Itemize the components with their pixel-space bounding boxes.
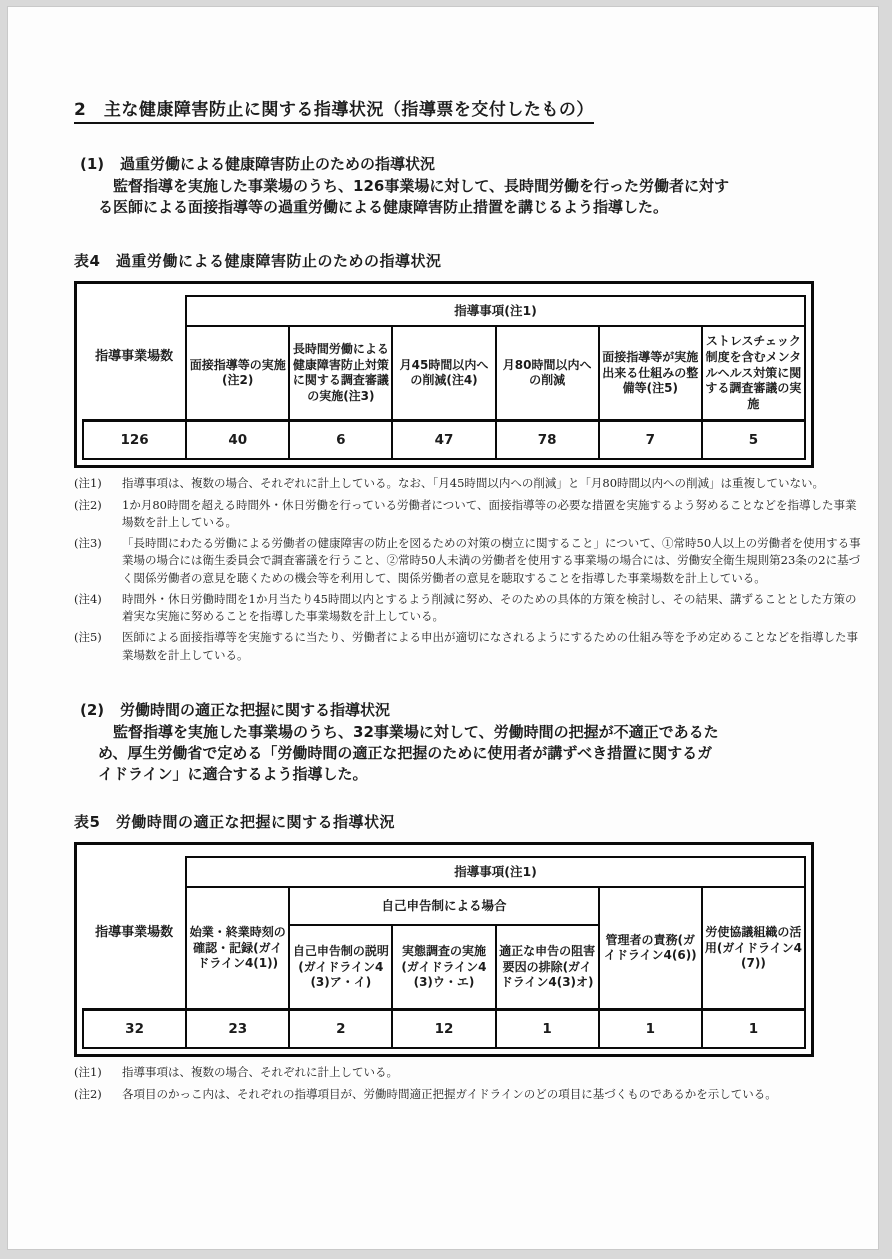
note-text: 「長時間にわたる労働による労働者の健康障害の防止を図るための対策の樹立に関するこ… [122, 535, 866, 587]
section-2-number: (2) [74, 700, 120, 722]
table5-value: 1 [599, 1010, 702, 1049]
document-content: 2 主な健康障害防止に関する指導状況（指導票を交付したもの） (1) 過重労働に… [8, 7, 878, 1103]
table4-group-header: 指導事項(注1) [186, 296, 805, 326]
note-text: 1か月80時間を超える時間外・休日労働を行っている労働者について、面接指導等の必… [122, 497, 866, 532]
table5: 指導事業場数 指導事項(注1) 始業・終業時刻の確認・記録(ガイドライン4(1)… [82, 856, 806, 1049]
table4-col-header: 月45時間以内への削減(注4) [392, 326, 495, 421]
note: (注2) 1か月80時間を超える時間外・休日労働を行っている労働者について、面接… [74, 497, 866, 532]
section-1-heading-row: (1) 過重労働による健康障害防止のための指導状況 [74, 154, 852, 176]
table5-self-report-group-header: 自己申告制による場合 [289, 887, 598, 925]
section-2-body-line: 監督指導を実施した事業場のうち、32事業場に対して、労働時間の把握が不適正である… [98, 722, 774, 743]
table4-value: 6 [289, 421, 392, 460]
table5-data-row: 32 23 2 12 1 1 1 [83, 1010, 805, 1049]
table4-col-header: ストレスチェック制度を含むメンタルヘルス対策に関する調査審議の実施 [702, 326, 805, 421]
note-label: (注2) [74, 1086, 122, 1103]
table4-col-header: 長時間労働による健康障害防止対策に関する調査審議の実施(注3) [289, 326, 392, 421]
table5-value: 12 [392, 1010, 495, 1049]
table4-value: 126 [83, 421, 186, 460]
document-title-text: 2 主な健康障害防止に関する指導状況（指導票を交付したもの） [74, 95, 594, 124]
table4-col-header: 月80時間以内への削減 [496, 326, 599, 421]
table4-value: 78 [496, 421, 599, 460]
table4-col-header: 面接指導等の実施(注2) [186, 326, 289, 421]
table5-group-header-row: 指導事業場数 指導事項(注1) [83, 857, 805, 887]
table5-stub-header: 指導事業場数 [83, 857, 186, 1010]
document-page: 2 主な健康障害防止に関する指導状況（指導票を交付したもの） (1) 過重労働に… [7, 6, 879, 1250]
table5-value: 1 [496, 1010, 599, 1049]
section-2-body: 監督指導を実施した事業場のうち、32事業場に対して、労働時間の把握が不適正である… [98, 722, 774, 786]
table5-notes: (注1) 指導事項は、複数の場合、それぞれに計上している。 (注2) 各項目のか… [74, 1064, 866, 1103]
section-2-heading: 労働時間の適正な把握に関する指導状況 [120, 700, 390, 722]
note-text: 指導事項は、複数の場合、それぞれに計上している。なお、「月45時間以内への削減」… [122, 475, 866, 492]
note-text: 指導事項は、複数の場合、それぞれに計上している。 [122, 1064, 866, 1081]
note: (注3) 「長時間にわたる労働による労働者の健康障害の防止を図るための対策の樹立… [74, 535, 866, 587]
note-text: 医師による面接指導等を実施するに当たり、労働者による申出が適切になされるようにす… [122, 629, 866, 664]
table5-value: 1 [702, 1010, 805, 1049]
table4-value: 7 [599, 421, 702, 460]
table4-col-header: 面接指導等が実施出来る仕組みの整備等(注5) [599, 326, 702, 421]
table5-subgroup-row: 始業・終業時刻の確認・記録(ガイドライン4(1)) 自己申告制による場合 管理者… [83, 887, 805, 925]
table5-caption: 表5 労働時間の適正な把握に関する指導状況 [74, 811, 852, 832]
table5-col-header-survey: 実態調査の実施(ガイドライン4(3)ウ・エ) [392, 925, 495, 1010]
note-label: (注1) [74, 475, 122, 492]
scanned-document-page: { "document": { "title": "2 主な健康障害防止に関する… [0, 0, 892, 1259]
table4-value: 40 [186, 421, 289, 460]
table4-data-row: 126 40 6 47 78 7 5 [83, 421, 805, 460]
section-1: (1) 過重労働による健康障害防止のための指導状況 監督指導を実施した事業場のう… [74, 154, 852, 218]
table4-column-header-row: 面接指導等の実施(注2) 長時間労働による健康障害防止対策に関する調査審議の実施… [83, 326, 805, 421]
table4-caption: 表4 過重労働による健康障害防止のための指導状況 [74, 250, 852, 271]
section-1-body-line: る医師による面接指導等の過重労働による健康障害防止措置を講じるよう指導した。 [98, 197, 774, 218]
table5-frame: 指導事業場数 指導事項(注1) 始業・終業時刻の確認・記録(ガイドライン4(1)… [74, 842, 814, 1057]
section-1-number: (1) [74, 154, 120, 176]
section-2: (2) 労働時間の適正な把握に関する指導状況 監督指導を実施した事業場のうち、3… [74, 700, 852, 786]
note: (注5) 医師による面接指導等を実施するに当たり、労働者による申出が適切になされ… [74, 629, 866, 664]
table4: 指導事業場数 指導事項(注1) 面接指導等の実施(注2) 長時間労働による健康障… [82, 295, 806, 460]
note: (注1) 指導事項は、複数の場合、それぞれに計上している。なお、「月45時間以内… [74, 475, 866, 492]
section-2-body-line: め、厚生労働省で定める「労働時間の適正な把握のために使用者が講ずべき措置に関する… [98, 743, 774, 764]
note: (注1) 指導事項は、複数の場合、それぞれに計上している。 [74, 1064, 866, 1081]
note-label: (注2) [74, 497, 122, 532]
table4-stub-header: 指導事業場数 [83, 296, 186, 421]
note: (注2) 各項目のかっこ内は、それぞれの指導項目が、労働時間適正把握ガイドライン… [74, 1086, 866, 1103]
note-label: (注5) [74, 629, 122, 664]
table5-value: 23 [186, 1010, 289, 1049]
table4-value: 5 [702, 421, 805, 460]
note-text: 時間外・休日労働時間を1か月当たり45時間以内とするよう削減に努め、そのための具… [122, 591, 866, 626]
note: (注4) 時間外・休日労働時間を1か月当たり45時間以内とするよう削減に努め、そ… [74, 591, 866, 626]
note-label: (注3) [74, 535, 122, 587]
section-1-body-line: 監督指導を実施した事業場のうち、126事業場に対して、長時間労働を行った労働者に… [98, 176, 774, 197]
table5-group-header: 指導事項(注1) [186, 857, 805, 887]
section-1-body: 監督指導を実施した事業場のうち、126事業場に対して、長時間労働を行った労働者に… [98, 176, 774, 219]
table5-col-header-confirm: 始業・終業時刻の確認・記録(ガイドライン4(1)) [186, 887, 289, 1010]
section-1-heading: 過重労働による健康障害防止のための指導状況 [120, 154, 435, 176]
table5-col-header-self-explain: 自己申告制の説明(ガイドライン4(3)ア・イ) [289, 925, 392, 1010]
table4-value: 47 [392, 421, 495, 460]
note-label: (注4) [74, 591, 122, 626]
table5-col-header-manager: 管理者の責務(ガイドライン4(6)) [599, 887, 702, 1010]
section-2-body-line: イドライン」に適合するよう指導した。 [98, 764, 774, 785]
note-text: 各項目のかっこ内は、それぞれの指導項目が、労働時間適正把握ガイドラインのどの項目… [122, 1086, 866, 1103]
document-title: 2 主な健康障害防止に関する指導状況（指導票を交付したもの） [74, 95, 852, 124]
table5-col-header-obstacle: 適正な申告の阻害要因の排除(ガイドライン4(3)オ) [496, 925, 599, 1010]
note-label: (注1) [74, 1064, 122, 1081]
section-2-heading-row: (2) 労働時間の適正な把握に関する指導状況 [74, 700, 852, 722]
table4-frame: 指導事業場数 指導事項(注1) 面接指導等の実施(注2) 長時間労働による健康障… [74, 281, 814, 468]
table5-value: 32 [83, 1010, 186, 1049]
table5-value: 2 [289, 1010, 392, 1049]
table4-group-header-row: 指導事業場数 指導事項(注1) [83, 296, 805, 326]
table4-notes: (注1) 指導事項は、複数の場合、それぞれに計上している。なお、「月45時間以内… [74, 475, 866, 664]
table5-col-header-labor-union: 労使協議組織の活用(ガイドライン4(7)) [702, 887, 805, 1010]
